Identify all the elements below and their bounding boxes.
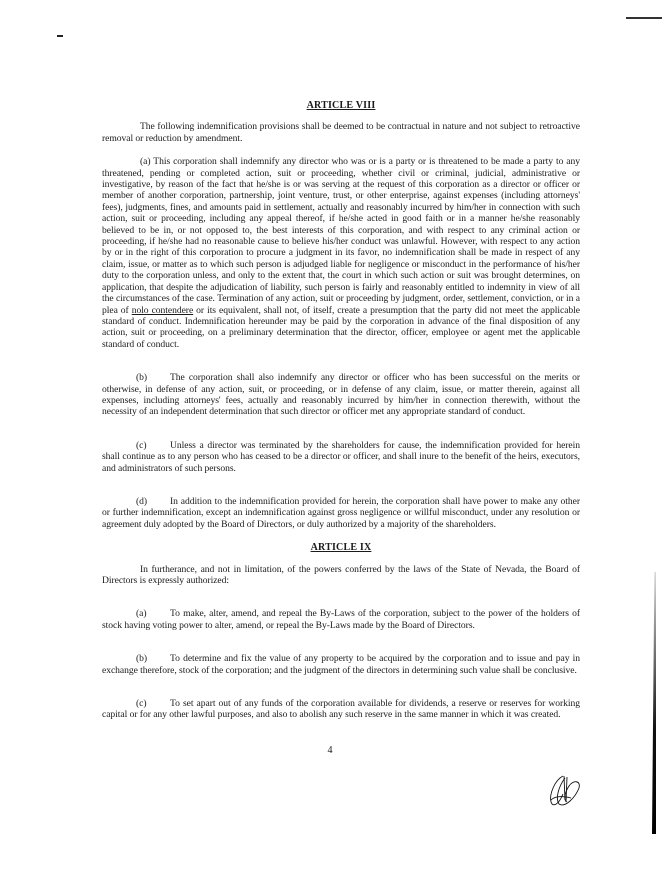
paragraph-label: (c) [136, 698, 170, 709]
article-viii-intro: The following indemnification provisions… [102, 121, 580, 144]
paragraph-text: To make, alter, amend, and repeal the By… [102, 608, 580, 630]
paragraph-text: The corporation shall also indemnify any… [102, 372, 580, 417]
paragraph-text: This corporation shall indemnify any dir… [102, 156, 580, 315]
article-viii-paragraph-c: (c)Unless a director was terminated by t… [102, 440, 580, 474]
article-ix-paragraph-a: (a)To make, alter, amend, and repeal the… [102, 608, 580, 631]
paragraph-label: (a) [136, 608, 170, 619]
paragraph-label: (b) [136, 372, 170, 383]
paragraph-label: (b) [136, 653, 170, 664]
paragraph-text: To set apart out of any funds of the cor… [102, 698, 580, 720]
scan-edge-shadow [652, 572, 656, 834]
latin-term: nolo contendere [132, 305, 193, 316]
article-viii-paragraph-a: (a) This corporation shall indemnify any… [102, 156, 580, 350]
scan-artifact-mark [57, 35, 63, 37]
scan-artifact-line [626, 17, 662, 19]
paragraph-label: (a) [140, 156, 151, 167]
document-body: ARTICLE VIII The following indemnificati… [102, 100, 580, 721]
paragraph-text: In addition to the indemnification provi… [102, 496, 580, 530]
paragraph-label: (c) [136, 440, 170, 451]
article-ix: ARTICLE IX In furtherance, and not in li… [102, 542, 580, 721]
article-ix-paragraph-c: (c)To set apart out of any funds of the … [102, 698, 580, 721]
article-ix-heading: ARTICLE IX [102, 542, 580, 553]
article-viii-paragraph-d: (d)In addition to the indemnification pr… [102, 496, 580, 530]
page-number: 4 [0, 745, 672, 756]
article-viii-paragraph-b: (b)The corporation shall also indemnify … [102, 372, 580, 418]
paragraph-label: (d) [136, 496, 170, 507]
paragraph-text: Unless a director was terminated by the … [102, 440, 580, 474]
article-ix-intro: In furtherance, and not in limitation, o… [102, 564, 580, 587]
article-viii: ARTICLE VIII The following indemnificati… [102, 100, 580, 530]
article-viii-heading: ARTICLE VIII [102, 100, 580, 111]
article-ix-paragraph-b: (b)To determine and fix the value of any… [102, 653, 580, 676]
handwritten-initials-icon [545, 772, 585, 812]
paragraph-text: To determine and fix the value of any pr… [102, 653, 580, 675]
document-page: ARTICLE VIII The following indemnificati… [0, 0, 672, 870]
